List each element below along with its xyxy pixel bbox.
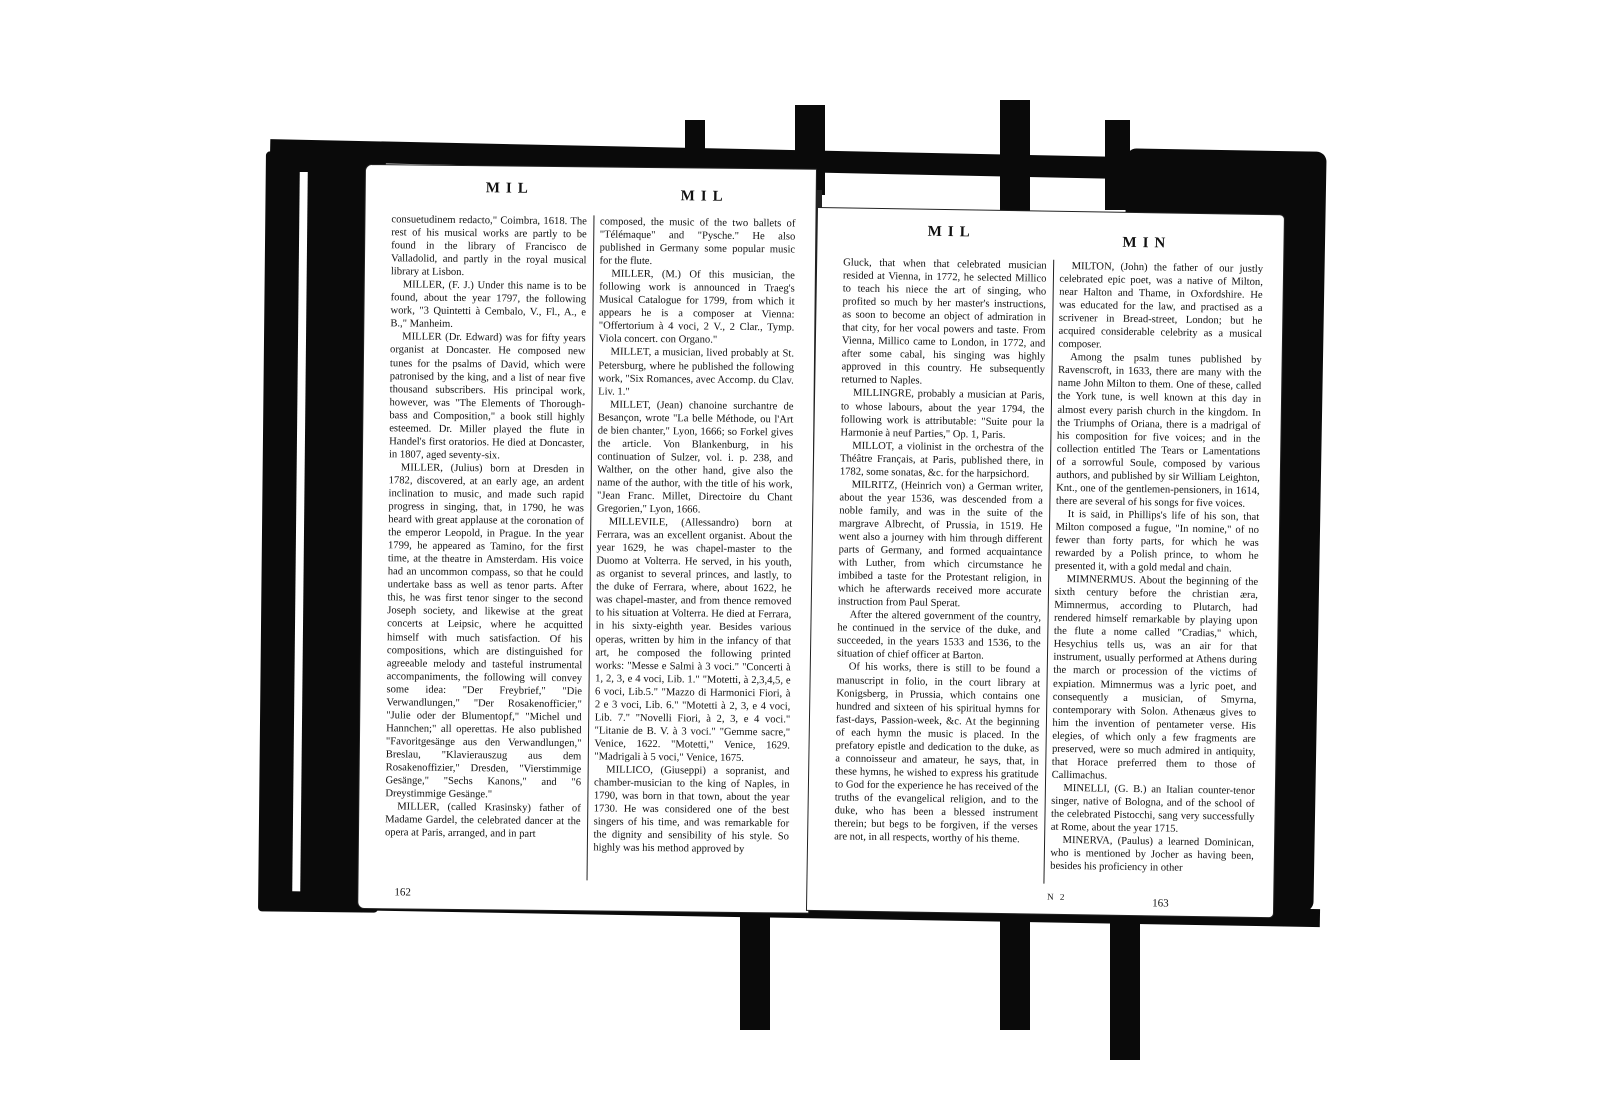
book-scan: MIL MIL consuetudinem redacto," Coimbra,… <box>0 0 1600 1095</box>
column-2: MILTON, (John) the father of our justly … <box>1043 260 1269 887</box>
running-head-left-col: MIL <box>486 180 534 198</box>
entry-mimnermus: MIMNERMUS. About the beginning of the si… <box>1052 573 1259 785</box>
left-page: MIL MIL consuetudinem redacto," Coimbra,… <box>358 165 816 913</box>
page-number: 163 <box>1152 897 1169 909</box>
paragraph: It is said, in Phillips's life of his so… <box>1055 508 1259 576</box>
paragraph: Gluck, that when that celebrated musicia… <box>841 256 1047 390</box>
entry-millico: MILLICO, (Giuseppi) a sopranist, and cha… <box>593 763 789 856</box>
entry-millot: MILLOT, a violinist in the orchestra of … <box>840 439 1044 481</box>
entry-miller-krasinsky: MILLER, (called Krasinsky) father of Mad… <box>385 800 581 841</box>
clamp-top-4 <box>1105 120 1130 210</box>
entry-millet-jean: MILLET, (Jean) chanoine surchantre de Be… <box>597 398 794 517</box>
column-1: Gluck, that when that celebrated musicia… <box>827 256 1052 883</box>
running-head-left-col: MIL <box>927 224 975 242</box>
entry-millet: MILLET, a musician, lived probably at St… <box>598 346 794 400</box>
entry-miller-m: MILLER, (M.) Of this musician, the follo… <box>599 268 795 348</box>
running-head-right-col: MIL <box>681 188 729 206</box>
running-head-right-col: MIN <box>1122 235 1171 253</box>
right-page: MIL MIN Gluck, that when that celebrated… <box>807 208 1284 917</box>
paragraph: composed, the music of the two ballets o… <box>599 215 795 269</box>
signature-mark: N 2 <box>1047 892 1066 902</box>
entry-millingre: MILLINGRE, probably a musician at Paris,… <box>840 387 1044 442</box>
paragraph: Among the psalm tunes published by Raven… <box>1056 351 1262 511</box>
clamp-bottom-2 <box>1000 900 1030 1030</box>
entry-millevile: MILLEVILE, (Allessandro) born at Ferrara… <box>594 516 792 766</box>
entry-milton: MILTON, (John) the father of our justly … <box>1058 260 1263 355</box>
clamp-bottom-3 <box>1110 900 1140 1060</box>
entry-miller-julius: MILLER, (Julius) born at Dresden in 1782… <box>385 461 584 802</box>
clamp-top-3 <box>1000 100 1030 220</box>
entry-miller-fj: MILLER, (F. J.) Under this name is to be… <box>390 279 586 333</box>
entry-milritz: MILRITZ, (Heinrich von) a German writer,… <box>838 478 1044 612</box>
paragraph: Of his works, there is still to be found… <box>834 661 1040 847</box>
entry-minerva: MINERVA, (Paulus) a learned Dominican, w… <box>1050 834 1254 876</box>
paragraph: After the altered government of the coun… <box>837 609 1041 664</box>
column-2: composed, the music of the two ballets o… <box>586 215 801 882</box>
column-1: consuetudinem redacto," Coimbra, 1618. T… <box>379 213 593 880</box>
page-number: 162 <box>394 886 411 898</box>
paragraph: consuetudinem redacto," Coimbra, 1618. T… <box>391 213 587 280</box>
entry-minelli: MINELLI, (G. B.) an Italian counter-teno… <box>1051 782 1255 837</box>
entry-miller-edward: MILLER (Dr. Edward) was for fifty years … <box>389 331 586 464</box>
